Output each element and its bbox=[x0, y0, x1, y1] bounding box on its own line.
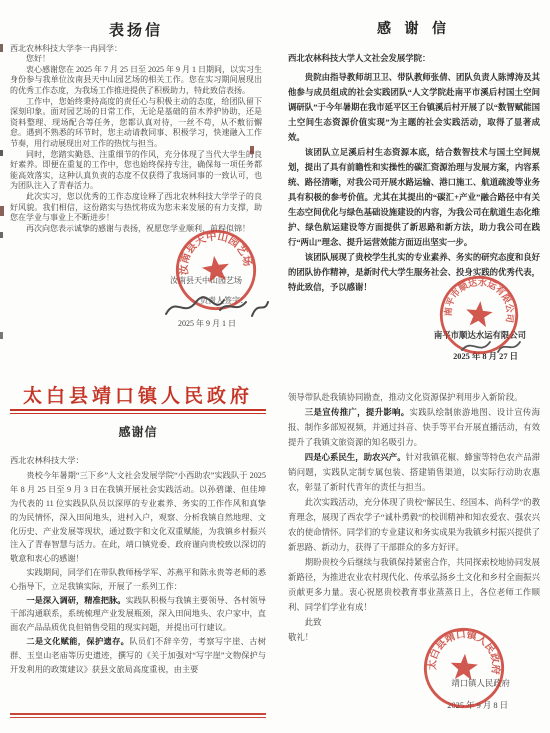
paragraph-text: 贵院由指导教师胡卫卫、带队教师张倩、团队负责人陈博涛及其他参与成员组成的社会实践… bbox=[288, 73, 540, 142]
paragraph-text: 实践期间，同学们在带队教师杨学军、苏燕平和陈永贵等老师的悉心指导下，立足我镇实际… bbox=[10, 568, 266, 591]
letter-body: 领导带队赴我镇协同勘查，推动文化资源保护利用步入新阶段。 三是宣传推广，提升影响… bbox=[288, 390, 540, 615]
gov-letterhead: 太白县靖口镇人民政府 bbox=[10, 390, 266, 404]
paragraph-text: 衷心感谢您在 2025 年 7 月 25 日至 2025 年 9 月 1 日期间… bbox=[10, 65, 262, 95]
letter-paragraph: 该团队立足溪后村生态资源本底，结合数智技术与国土空间规划，提出了具有前瞻性和实操… bbox=[288, 145, 540, 250]
signature-block: 南平市顺达水运有限公司 2025 年 8 月 27 日 bbox=[288, 328, 526, 364]
letter-paragraph: 三是宣传推广，提升影响。实践队绘制旅游地图、设计宣传海报、制作多部短视频，并通过… bbox=[288, 405, 540, 450]
letterhead-footer-rule bbox=[10, 713, 266, 718]
letter-paragraph: 此次实践活动，充分体现了贵校“解民生、经国本、尚科学”的教育理念，展现了西农学子… bbox=[288, 495, 540, 555]
paragraph-text: 该团队展现了贵校学生扎实的专业素养、务实的研究态度和良好的团队协作精神，是新时代… bbox=[288, 253, 540, 292]
signer-organization: 南平市顺达水运有限公司 bbox=[288, 328, 526, 343]
letter-paragraph: 四是心系民生，助农兴产。针对我镇花椒、蜂蜜等特色农产品滞销问题，实践队定制专属包… bbox=[288, 450, 540, 495]
letter-title: 感谢信 bbox=[10, 426, 266, 440]
paragraph-text: 再次向您表示诚挚的感谢与表扬，祝愿您学业顺利、前程似锦！ bbox=[26, 224, 250, 233]
letter-salutation: 西北农林科技大学李一冉同学： bbox=[10, 44, 262, 55]
thankyou-letter-shipping: 感 谢 信 西北农林科技大学人文社会发展学院： 贵院由指导教师胡卫卫、带队教师张… bbox=[288, 16, 540, 295]
letter-paragraph: 贵院由指导教师胡卫卫、带队教师张倩、团队负责人陈博涛及其他参与成员组成的社会实践… bbox=[288, 70, 540, 145]
letter-paragraph: 二是文化赋能，保护遗存。队员们不辞辛劳，考察写字崖、古树群、玉皇山老庙等历史遗迹… bbox=[10, 635, 266, 676]
letter-date: 2025 年 9 月 8 日 bbox=[288, 698, 508, 713]
paragraph-text: 期盼贵校今后继续与我镇保持紧密合作，共同探索校地协同发展新路径，为推进农业农村现… bbox=[288, 558, 540, 612]
paragraph-text: 工作中，您始终秉持高度的责任心与积极主动的态度，给团队留下深刻印象。面对园艺场的… bbox=[10, 97, 262, 148]
scan-artifact bbox=[250, 146, 254, 154]
closing-phrase: 此致 bbox=[288, 615, 540, 630]
paragraph-lead: 二是文化赋能，保护遗存。 bbox=[26, 637, 129, 646]
scan-artifact bbox=[0, 332, 3, 339]
seal-star-icon bbox=[465, 300, 494, 328]
signature-block: 靖口镇人民政府 2025 年 9 月 8 日 bbox=[288, 676, 510, 713]
paragraph-lead: 四是心系民生，助农兴产。 bbox=[305, 453, 406, 462]
gov-thankyou-letter-page2: 领导带队赴我镇协同勘查，推动文化资源保护利用步入新阶段。 三是宣传推广，提升影响… bbox=[288, 390, 540, 645]
letter-paragraph: 此次实习，您以优秀的工作态度诠释了西北农林科技大学学子的良好风貌。我们相信，这份… bbox=[10, 192, 262, 224]
letter-paragraph: 领导带队赴我镇协同勘查，推动文化资源保护利用步入新阶段。 bbox=[288, 390, 540, 405]
paragraph-text: 同时，您踏实勤恳、注重细节的作风，充分体现了当代大学生的良好素养。即便在重复的工… bbox=[10, 150, 262, 191]
letter-body: 衷心感谢您在 2025 年 7 月 25 日至 2025 年 9 月 1 日期间… bbox=[10, 65, 262, 235]
paragraph-text: 该团队立足溪后村生态资源本底，结合数智技术与国土空间规划，提出了具有前瞻性和实操… bbox=[288, 148, 540, 247]
signature-block: 汝南县天中山园艺场 负责人签字： 2025 年 9 月 1 日 bbox=[10, 276, 250, 330]
signer-organization: 汝南县天中山园艺场 bbox=[10, 276, 242, 287]
scan-artifact bbox=[0, 150, 3, 156]
paragraph-lead: 三是宣传推广，提升影响。 bbox=[305, 408, 410, 417]
letter-paragraph: 同时，您踏实勤恳、注重细节的作风，充分体现了当代大学生的良好素养。即便在重复的工… bbox=[10, 150, 262, 192]
scan-artifact bbox=[0, 232, 3, 238]
signer-label: 负责人签字： bbox=[10, 296, 248, 307]
letter-title: 感 谢 信 bbox=[288, 22, 540, 37]
letter-paragraph: 再次向您表示诚挚的感谢与表扬，祝愿您学业顺利、前程似锦！ bbox=[10, 224, 262, 235]
letter-paragraph: 工作中，您始终秉持高度的责任心与积极主动的态度，给团队留下深刻印象。面对园艺场的… bbox=[10, 97, 262, 150]
letter-paragraph: 贵校今年暑期“三下乡”人文社会发展学院“小西助农”实践队于 2025 年 8 月… bbox=[10, 469, 266, 566]
letter-paragraph: 衷心感谢您在 2025 年 7 月 25 日至 2025 年 9 月 1 日期间… bbox=[10, 65, 262, 97]
scan-artifact bbox=[0, 44, 3, 52]
letter-body: 贵校今年暑期“三下乡”人文社会发展学院“小西助农”实践队于 2025 年 8 月… bbox=[10, 469, 266, 676]
paragraph-text: 贵校今年暑期“三下乡”人文社会发展学院“小西助农”实践队于 2025 年 8 月… bbox=[10, 471, 266, 563]
paragraph-lead: 一是深入调研，精准把脉。 bbox=[26, 596, 125, 605]
commendation-letter: 表扬信 西北农林科技大学李一冉同学： 您好！ 衷心感谢您在 2025 年 7 月… bbox=[10, 26, 262, 234]
closing-salute: 敬礼！ bbox=[288, 630, 540, 645]
paragraph-text: 此次实习，您以优秀的工作态度诠释了西北农林科技大学学子的良好风貌。我们相信，这份… bbox=[10, 192, 262, 222]
scanned-letters-collage: 表扬信 西北农林科技大学李一冉同学： 您好！ 衷心感谢您在 2025 年 7 月… bbox=[0, 0, 550, 733]
letter-body: 贵院由指导教师胡卫卫、带队教师张倩、团队负责人陈博涛及其他参与成员组成的社会实践… bbox=[288, 70, 540, 295]
paragraph-text: 领导带队赴我镇协同勘查，推动文化资源保护利用步入新阶段。 bbox=[288, 393, 523, 402]
letter-paragraph: 一是深入调研，精准把脉。实践队积极与我镇主要领导、各村领导干部沟通联系，系统梳理… bbox=[10, 594, 266, 635]
letter-paragraph: 实践期间，同学们在带队教师杨学军、苏燕平和陈永贵等老师的悉心指导下，立足我镇实际… bbox=[10, 566, 266, 594]
letter-salutation: 西北农林科技大学人文社会发展学院： bbox=[288, 51, 540, 66]
letter-date: 2025 年 8 月 27 日 bbox=[288, 349, 518, 364]
letter-salutation: 西北农林科技大学： bbox=[10, 454, 266, 468]
gov-thankyou-letter-page1: 太白县靖口镇人民政府 感谢信 西北农林科技大学： 贵校今年暑期“三下乡”人文社会… bbox=[10, 384, 266, 726]
paragraph-text: 此次实践活动，充分体现了贵校“解民生、经国本、尚科学”的教育理念，展现了西农学子… bbox=[288, 498, 540, 552]
letter-date: 2025 年 9 月 1 日 bbox=[10, 319, 236, 330]
letter-title: 表扬信 bbox=[10, 26, 262, 37]
scan-artifact bbox=[0, 206, 4, 216]
signer-organization: 靖口镇人民政府 bbox=[288, 676, 510, 691]
letterhead-rule bbox=[10, 409, 266, 414]
letter-paragraph: 期盼贵校今后继续与我镇保持紧密合作，共同探索校地协同发展新路径，为推进农业农村现… bbox=[288, 555, 540, 615]
letter-greeting: 您好！ bbox=[10, 54, 262, 65]
letter-paragraph: 该团队展现了贵校学生扎实的专业素养、务实的研究态度和良好的团队协作精神，是新时代… bbox=[288, 250, 540, 295]
